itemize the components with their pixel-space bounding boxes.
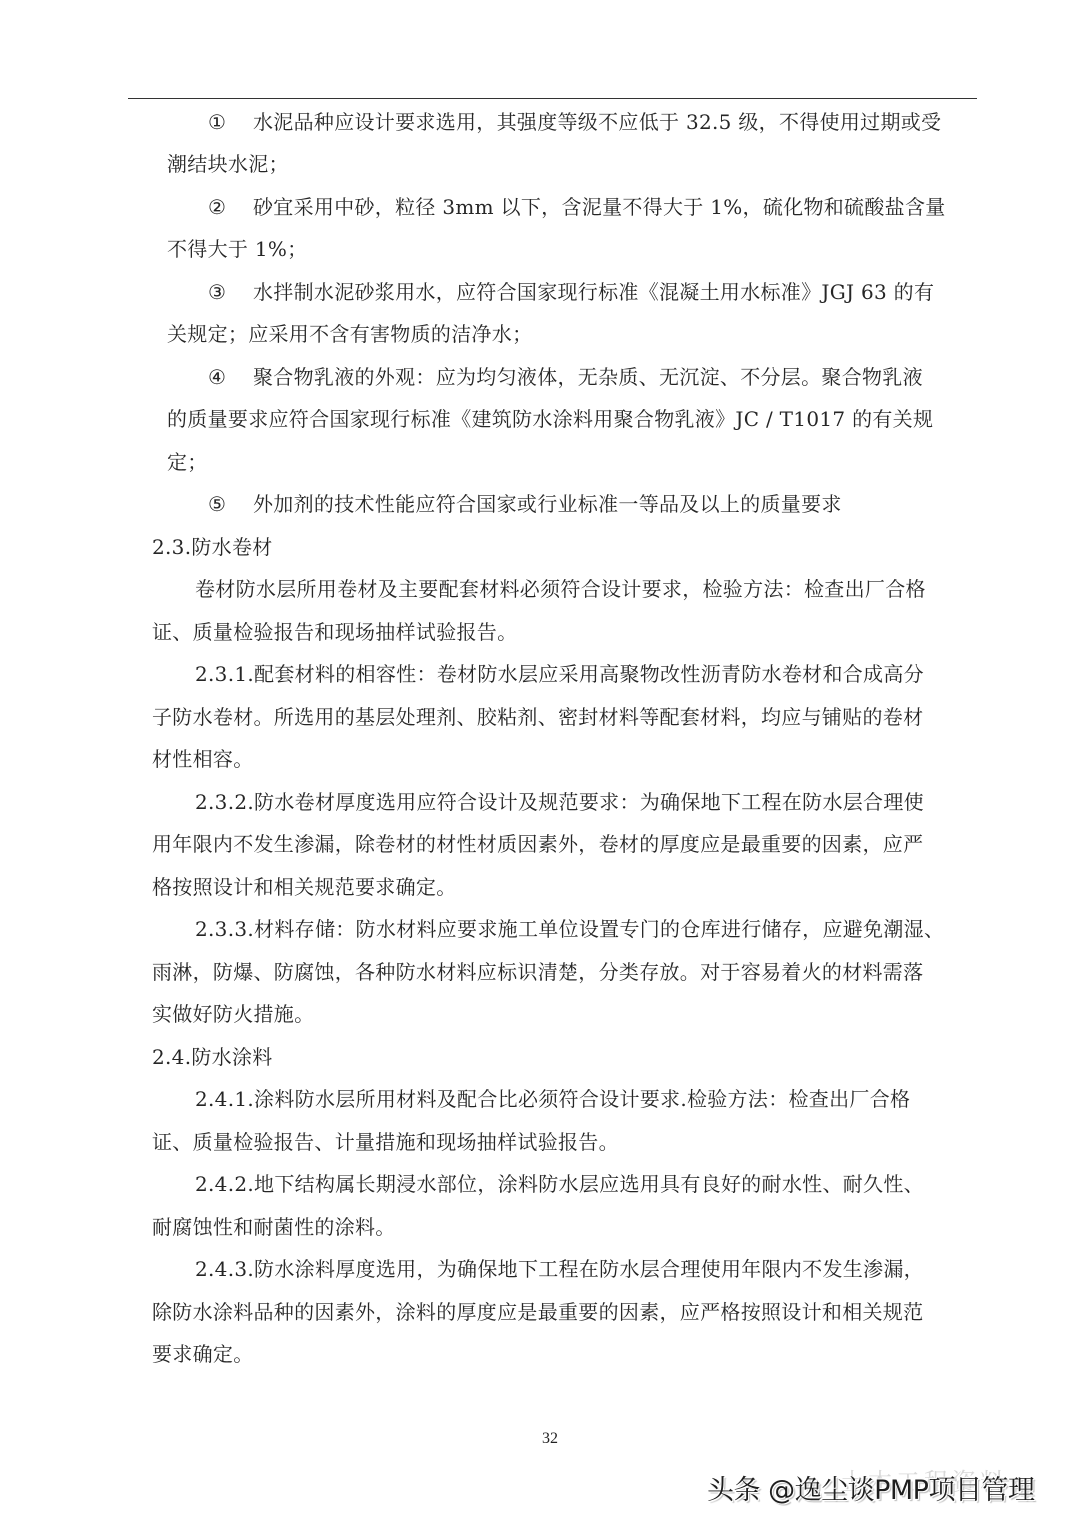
source-watermark: 头条 @逸尘谈PMP项目管理 xyxy=(707,1468,1034,1507)
list-item-2: ②砂宜采用中砂，粒径 3mm 以下，含泥量不得大于 1%，硫化物和硫酸盐含量 xyxy=(208,195,946,219)
paragraph-2-3-3: 2.3.3.材料存储：防水材料应要求施工单位设置专门的仓库进行储存，应避免潮湿、 xyxy=(195,917,944,941)
header-rule xyxy=(128,98,977,99)
paragraph-2-4-2: 2.4.2.地下结构属长期浸水部位，涂料防水层应选用具有良好的耐水性、耐久性、 xyxy=(195,1172,924,1196)
list-item-4: ④聚合物乳液的外观：应为均匀液体，无杂质、无沉淀、不分层。聚合物乳液 xyxy=(208,365,923,389)
paragraph-cont: 雨淋，防爆、防腐蚀，各种防水材料应标识清楚，分类存放。对于容易着火的材料需落 xyxy=(152,960,923,984)
paragraph-cont: 耐腐蚀性和耐菌性的涂料。 xyxy=(152,1215,396,1239)
list-item-5: ⑤外加剂的技术性能应符合国家或行业标准一等品及以上的质量要求 xyxy=(208,492,842,516)
section-heading-2-4: 2.4.防水涂料 xyxy=(152,1045,273,1069)
document-page: ①水泥品种应设计要求选用，其强度等级不应低于 32.5 级，不得使用过期或受 潮… xyxy=(0,0,1080,1527)
list-item-4-cont: 的质量要求应符合国家现行标准《建筑防水涂料用聚合物乳液》JC / T1017 的… xyxy=(167,407,933,431)
circled-number: ③ xyxy=(208,280,253,304)
paragraph-cont: 材性相容。 xyxy=(152,747,254,771)
circled-number: ⑤ xyxy=(208,492,253,516)
circled-number: ② xyxy=(208,195,253,219)
paragraph-cont: 除防水涂料品种的因素外，涂料的厚度应是最重要的因素，应严格按照设计和相关规范 xyxy=(152,1300,923,1324)
list-item-3: ③水拌制水泥砂浆用水，应符合国家现行标准《混凝土用水标准》JGJ 63 的有 xyxy=(208,280,934,304)
section-heading-2-3: 2.3.防水卷材 xyxy=(152,535,273,559)
paragraph-cont: 格按照设计和相关规范要求确定。 xyxy=(152,875,457,899)
page-number: 32 xyxy=(542,1430,558,1448)
list-item-3-cont: 关规定；应采用不含有害物质的洁净水； xyxy=(167,322,532,346)
paragraph-cont: 用年限内不发生渗漏，除卷材的材性材质因素外，卷材的厚度应是最重要的因素，应严 xyxy=(152,832,923,856)
list-item-1-cont: 潮结块水泥； xyxy=(167,152,289,176)
paragraph-cont: 证、质量检验报告、计量措施和现场抽样试验报告。 xyxy=(152,1130,619,1154)
list-item-2-cont: 不得大于 1%； xyxy=(167,237,308,261)
list-item-1: ①水泥品种应设计要求选用，其强度等级不应低于 32.5 级，不得使用过期或受 xyxy=(208,110,941,134)
paragraph-cont: 实做好防火措施。 xyxy=(152,1002,314,1026)
circled-number: ① xyxy=(208,110,253,134)
paragraph-cont: 子防水卷材。所选用的基层处理剂、胶粘剂、密封材料等配套材料，均应与铺贴的卷材 xyxy=(152,705,923,729)
paragraph-cont: 证、质量检验报告和现场抽样试验报告。 xyxy=(152,620,517,644)
circled-number: ④ xyxy=(208,365,253,389)
paragraph-2-4-3: 2.4.3.防水涂料厚度选用，为确保地下工程在防水层合理使用年限内不发生渗漏， xyxy=(195,1257,924,1281)
paragraph-2-4-1: 2.4.1.涂料防水层所用材料及配合比必须符合设计要求.检验方法：检查出厂合格 xyxy=(195,1087,910,1111)
paragraph: 卷材防水层所用卷材及主要配套材料必须符合设计要求，检验方法：检查出厂合格 xyxy=(195,577,926,601)
paragraph-cont: 要求确定。 xyxy=(152,1342,254,1366)
paragraph-2-3-1: 2.3.1.配套材料的相容性：卷材防水层应采用高聚物改性沥青防水卷材和合成高分 xyxy=(195,662,924,686)
list-item-4-cont: 定； xyxy=(167,450,208,474)
paragraph-2-3-2: 2.3.2.防水卷材厚度选用应符合设计及规范要求：为确保地下工程在防水层合理使 xyxy=(195,790,924,814)
